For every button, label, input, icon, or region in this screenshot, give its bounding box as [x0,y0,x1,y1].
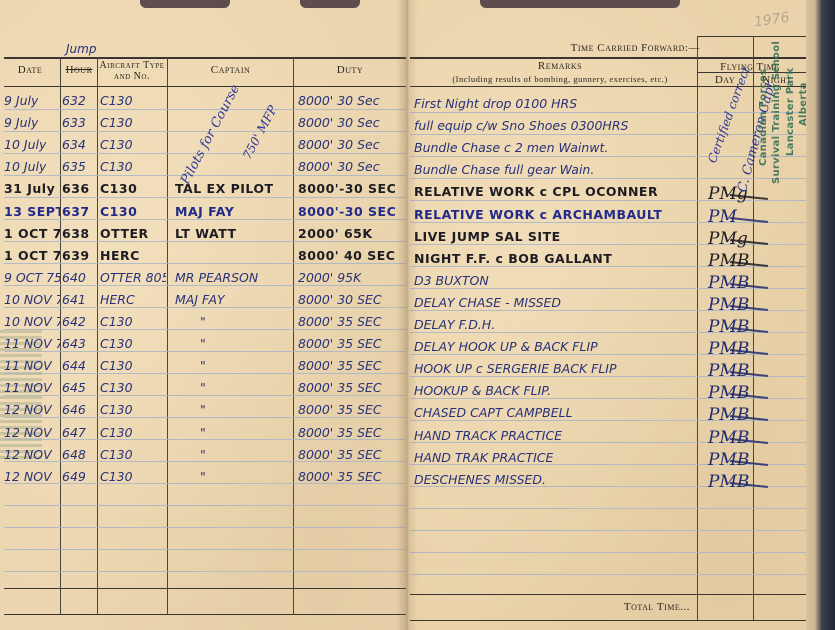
col-divider [167,57,168,614]
entry-captain: " [200,337,206,351]
flying-time-box-top [697,36,806,37]
entry-date: 10 NOV 75 [4,293,60,307]
entry-hour: 645 [62,381,86,395]
ruled-line [4,549,406,550]
ruled-line [4,351,406,352]
footer-rule [4,588,406,589]
entry-date: 11 NOV [4,381,52,395]
entry-signature: PMB [708,384,749,402]
entry-hour: 642 [62,315,86,329]
entry-signature: PM [708,208,737,226]
time-carried-forward: Time Carried Forward:— [540,43,700,54]
entry-remarks: full equip c/w Sno Shoes 0300HRS [414,119,628,133]
entry-signature: PMB [708,296,749,314]
col-divider [60,57,61,614]
entry-date: 11 NOV 75 [4,337,60,351]
header-remarks-sub: (Including results of bombing, gunnery, … [420,74,700,85]
entry-remarks: RELATIVE WORK c ARCHAMBAULT [414,208,662,222]
entry-captain: MAJ FAY [175,293,225,307]
entry-captain: MAJ FAY [175,205,234,219]
entry-date: 10 NOV 75 [4,315,60,329]
entry-remarks: DELAY F.D.H. [414,318,495,332]
entry-hour: 648 [62,448,86,462]
entry-hour: 649 [62,470,86,484]
entry-aircraft: C130 [100,470,133,484]
header-rule-bottom [4,86,406,87]
entry-remarks: Bundle Chase full gear Wain. [414,163,594,177]
footer-rule [410,594,806,595]
header-duty: Duty [294,65,406,76]
ruled-line [4,329,406,330]
entry-duty: 8000'-30 SEC [298,205,396,219]
entry-duty: 8000' 30 Sec [298,94,380,108]
ruled-line [410,222,806,223]
entry-captain: LT WATT [175,227,237,241]
entry-remarks: CHASED CAPT CAMPBELL [414,406,573,420]
entry-signature: PMg [708,230,748,248]
entry-hour: 638 [62,227,90,241]
entry-remarks: HOOK UP c SERGERIE BACK FLIP [414,362,617,376]
footer-rule-bottom [4,614,406,615]
ruled-line [4,527,406,528]
entry-aircraft: C130 [100,205,137,219]
entry-aircraft: HERC [100,293,135,307]
total-time: Total Time... [560,602,690,613]
entry-date: 1 OCT 75 [4,227,60,241]
entry-duty: 8000' 30 Sec [298,138,380,152]
entry-date: 10 July [4,138,46,152]
stamp-line: Lancaster Park [785,68,796,156]
entry-remarks: First Night drop 0100 HRS [414,97,577,111]
ruled-line [4,241,406,242]
entry-remarks: LIVE JUMP SAL SITE [414,230,561,244]
entry-duty: 8000' 35 SEC [298,470,382,484]
entry-remarks: DELAY HOOK UP & BACK FLIP [414,340,598,354]
entry-duty: 8000' 35 SEC [298,426,382,440]
entry-duty: 8000' 35 SEC [298,381,382,395]
entry-aircraft: C130 [100,359,133,373]
entry-remarks: DELAY CHASE - MISSED [414,296,561,310]
entry-date: 12 NOV [4,403,52,417]
stamp-line: Survival Training School [771,41,782,184]
entry-signature: PMB [708,406,749,424]
entry-duty: 2000' 65K [298,227,373,241]
entry-captain: " [200,426,206,440]
header-aircraft: Aircraft Type and No. [97,60,167,82]
entry-aircraft: C130 [100,138,133,152]
entry-aircraft: C130 [100,315,133,329]
entry-date: 13 SEPT [4,205,60,219]
entry-hour: 633 [62,116,86,130]
entry-captain: MR PEARSON [175,271,258,285]
entry-captain: " [200,315,206,329]
entry-date: 31 July [4,182,55,196]
entry-captain: " [200,448,206,462]
entry-aircraft: C130 [100,381,133,395]
entry-date: 10 July [4,160,46,174]
stamp-line: Alberta [798,82,809,126]
entry-remarks: D3 BUXTON [414,274,489,288]
entry-hour: 646 [62,403,86,417]
entry-signature: PMB [708,429,749,447]
entry-duty: 8000' 35 SEC [298,448,382,462]
ink-blot [140,0,230,8]
ruled-line [4,505,406,506]
entry-duty: 8000' 30 Sec [298,160,380,174]
entry-captain: " [200,470,206,484]
entry-remarks: HAND TRACK PRACTICE [414,429,562,443]
right-page [406,0,806,630]
book-edge [806,0,835,630]
entry-aircraft: C130 [100,448,133,462]
header-remarks: Remarks [420,61,700,72]
ink-blot [480,0,680,8]
entry-hour: 636 [62,182,90,196]
ruled-line [4,571,406,572]
entry-remarks: NIGHT F.F. c BOB GALLANT [414,252,612,266]
entry-date: 12 NOV [4,426,52,440]
entry-date: 1 OCT 75 [4,249,60,263]
entry-hour: 632 [62,94,86,108]
entry-hour: 637 [62,205,90,219]
entry-captain: " [200,403,206,417]
entry-remarks: HOOKUP & BACK FLIP. [414,384,551,398]
entry-hour: 644 [62,359,86,373]
ruled-line [4,197,406,198]
header-rule-top [4,57,406,59]
ruled-line [410,530,806,531]
ruled-line [410,574,806,575]
entry-duty: 8000' 35 SEC [298,315,382,329]
ruled-line [410,134,806,135]
ruled-line [4,219,406,220]
stamp-line: Canadian Forces [758,69,769,166]
entry-remarks: Bundle Chase c 2 men Wainwt. [414,141,608,155]
entry-duty: 8000' 35 SEC [298,403,382,417]
ruled-line [410,552,806,553]
col-divider [293,57,294,614]
ruled-line [410,112,806,113]
entry-hour: 647 [62,426,86,440]
entry-signature: PMB [708,362,749,380]
entry-aircraft: C130 [100,403,133,417]
ruled-line [4,109,406,110]
entry-date: 12 NOV [4,470,52,484]
entry-aircraft: HERC [100,249,140,263]
header-captain: Captain [168,65,293,76]
entry-remarks: RELATIVE WORK c CPL OCONNER [414,185,658,199]
header-date: Date [0,65,60,76]
entry-aircraft: C130 [100,160,133,174]
entry-duty: 8000' 30 SEC [298,293,382,307]
ruled-line [4,307,406,308]
ruled-line [410,508,806,509]
entry-signature: PMB [708,274,749,292]
entry-date: 9 July [4,94,38,108]
entry-hour: 634 [62,138,86,152]
entry-date: 9 OCT 75 [4,271,60,285]
entry-hour: 643 [62,337,86,351]
ruled-line [4,285,406,286]
header-rule-top [410,57,806,59]
entry-aircraft: C130 [100,337,133,351]
entry-aircraft: C130 [100,94,133,108]
entry-aircraft: C130 [100,182,137,196]
ink-blot [300,0,360,8]
entry-date: 9 July [4,116,38,130]
entry-duty: 8000' 35 SEC [298,359,382,373]
entry-signature: PMB [708,451,749,469]
entry-date: 11 NOV [4,359,52,373]
entry-duty: 8000' 30 Sec [298,116,380,130]
entry-aircraft: C130 [100,116,133,130]
entry-signature: PMB [708,318,749,336]
entry-date: 12 NOV [4,448,52,462]
ruled-line [4,263,406,264]
entry-signature: PMB [708,473,749,491]
entry-hour: 639 [62,249,90,263]
entry-duty: 8000'-30 SEC [298,182,396,196]
entry-captain: " [200,381,206,395]
entry-aircraft: OTTER 805 [100,271,166,285]
entry-hour: 635 [62,160,86,174]
entry-remarks: HAND TRAK PRACTICE [414,451,553,465]
entry-duty: 8000' 35 SEC [298,337,382,351]
ruled-line [4,175,406,176]
entry-captain: " [200,359,206,373]
entry-hour: 641 [62,293,86,307]
jump-annotation: Jump [66,42,96,56]
entry-signature: PMB [708,252,749,270]
entry-hour: 640 [62,271,86,285]
entry-aircraft: C130 [100,426,133,440]
entry-signature: PMB [708,340,749,358]
entry-remarks: DESCHENES MISSED. [414,473,546,487]
col-divider [697,36,698,620]
entry-aircraft: OTTER [100,227,149,241]
header-hour: Hour [61,65,97,76]
col-divider [97,57,98,614]
entry-duty: 8000' 40 SEC [298,249,395,263]
entry-duty: 2000' 95K [298,271,361,285]
footer-rule-bottom [410,620,806,621]
